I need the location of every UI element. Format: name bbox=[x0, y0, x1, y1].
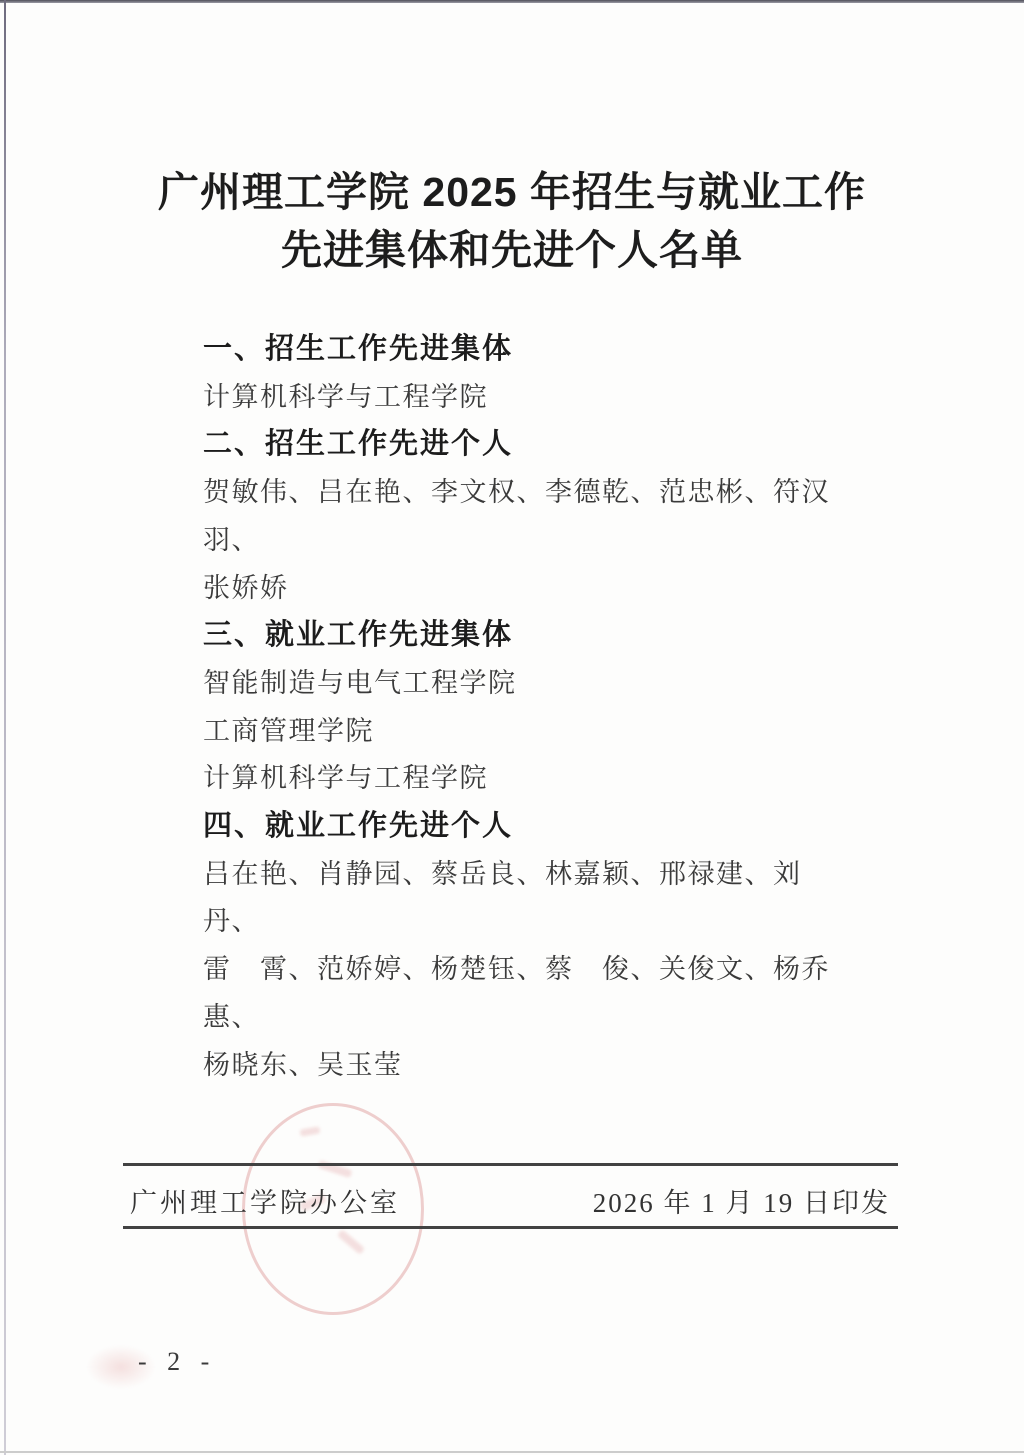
footer-issuer: 广州理工学院办公室 bbox=[130, 1181, 400, 1220]
red-seal-mark bbox=[300, 1126, 321, 1136]
section-2-line: 张娇娇 bbox=[203, 565, 865, 613]
red-seal-mark bbox=[337, 1229, 365, 1254]
section-3-line: 工商管理学院 bbox=[203, 708, 865, 756]
section-3-heading: 三、就业工作先进集体 bbox=[203, 612, 865, 660]
section-2-heading: 二、招生工作先进个人 bbox=[203, 421, 865, 469]
scan-edge-top bbox=[0, 0, 1024, 3]
footer-rule-top bbox=[123, 1163, 898, 1166]
section-1-line: 计算机科学与工程学院 bbox=[203, 374, 865, 422]
document-title-line-1: 广州理工学院 2025 年招生与就业工作 bbox=[0, 163, 1024, 221]
scanned-document-page: 广州理工学院 2025 年招生与就业工作 先进集体和先进个人名单 一、招生工作先… bbox=[0, 0, 1024, 1455]
scan-edge-bottom bbox=[0, 1451, 1024, 1453]
section-4-line: 杨晓东、吴玉莹 bbox=[203, 1042, 865, 1090]
section-3-line: 计算机科学与工程学院 bbox=[203, 755, 865, 803]
document-body: 一、招生工作先进集体 计算机科学与工程学院 二、招生工作先进个人 贺敏伟、吕在艳… bbox=[203, 326, 865, 1089]
page-number: - 2 - bbox=[138, 1347, 212, 1377]
footer-print-date: 2026 年 1 月 19 日印发 bbox=[593, 1181, 890, 1220]
section-4-heading: 四、就业工作先进个人 bbox=[203, 803, 865, 851]
section-1-heading: 一、招生工作先进集体 bbox=[203, 326, 865, 374]
document-title-line-2: 先进集体和先进个人名单 bbox=[0, 221, 1024, 279]
section-4-line: 吕在艳、肖静园、蔡岳良、林嘉颖、邢禄建、刘 丹、 bbox=[203, 851, 865, 946]
section-2-line: 贺敏伟、吕在艳、李文权、李德乾、范忠彬、符汉羽、 bbox=[203, 469, 865, 564]
section-3-line: 智能制造与电气工程学院 bbox=[203, 660, 865, 708]
section-4-line: 雷 霄、范娇婷、杨楚钰、蔡 俊、关俊文、杨乔惠、 bbox=[203, 946, 865, 1041]
document-title: 广州理工学院 2025 年招生与就业工作 先进集体和先进个人名单 bbox=[0, 163, 1024, 279]
footer-rule-bottom bbox=[123, 1226, 898, 1229]
